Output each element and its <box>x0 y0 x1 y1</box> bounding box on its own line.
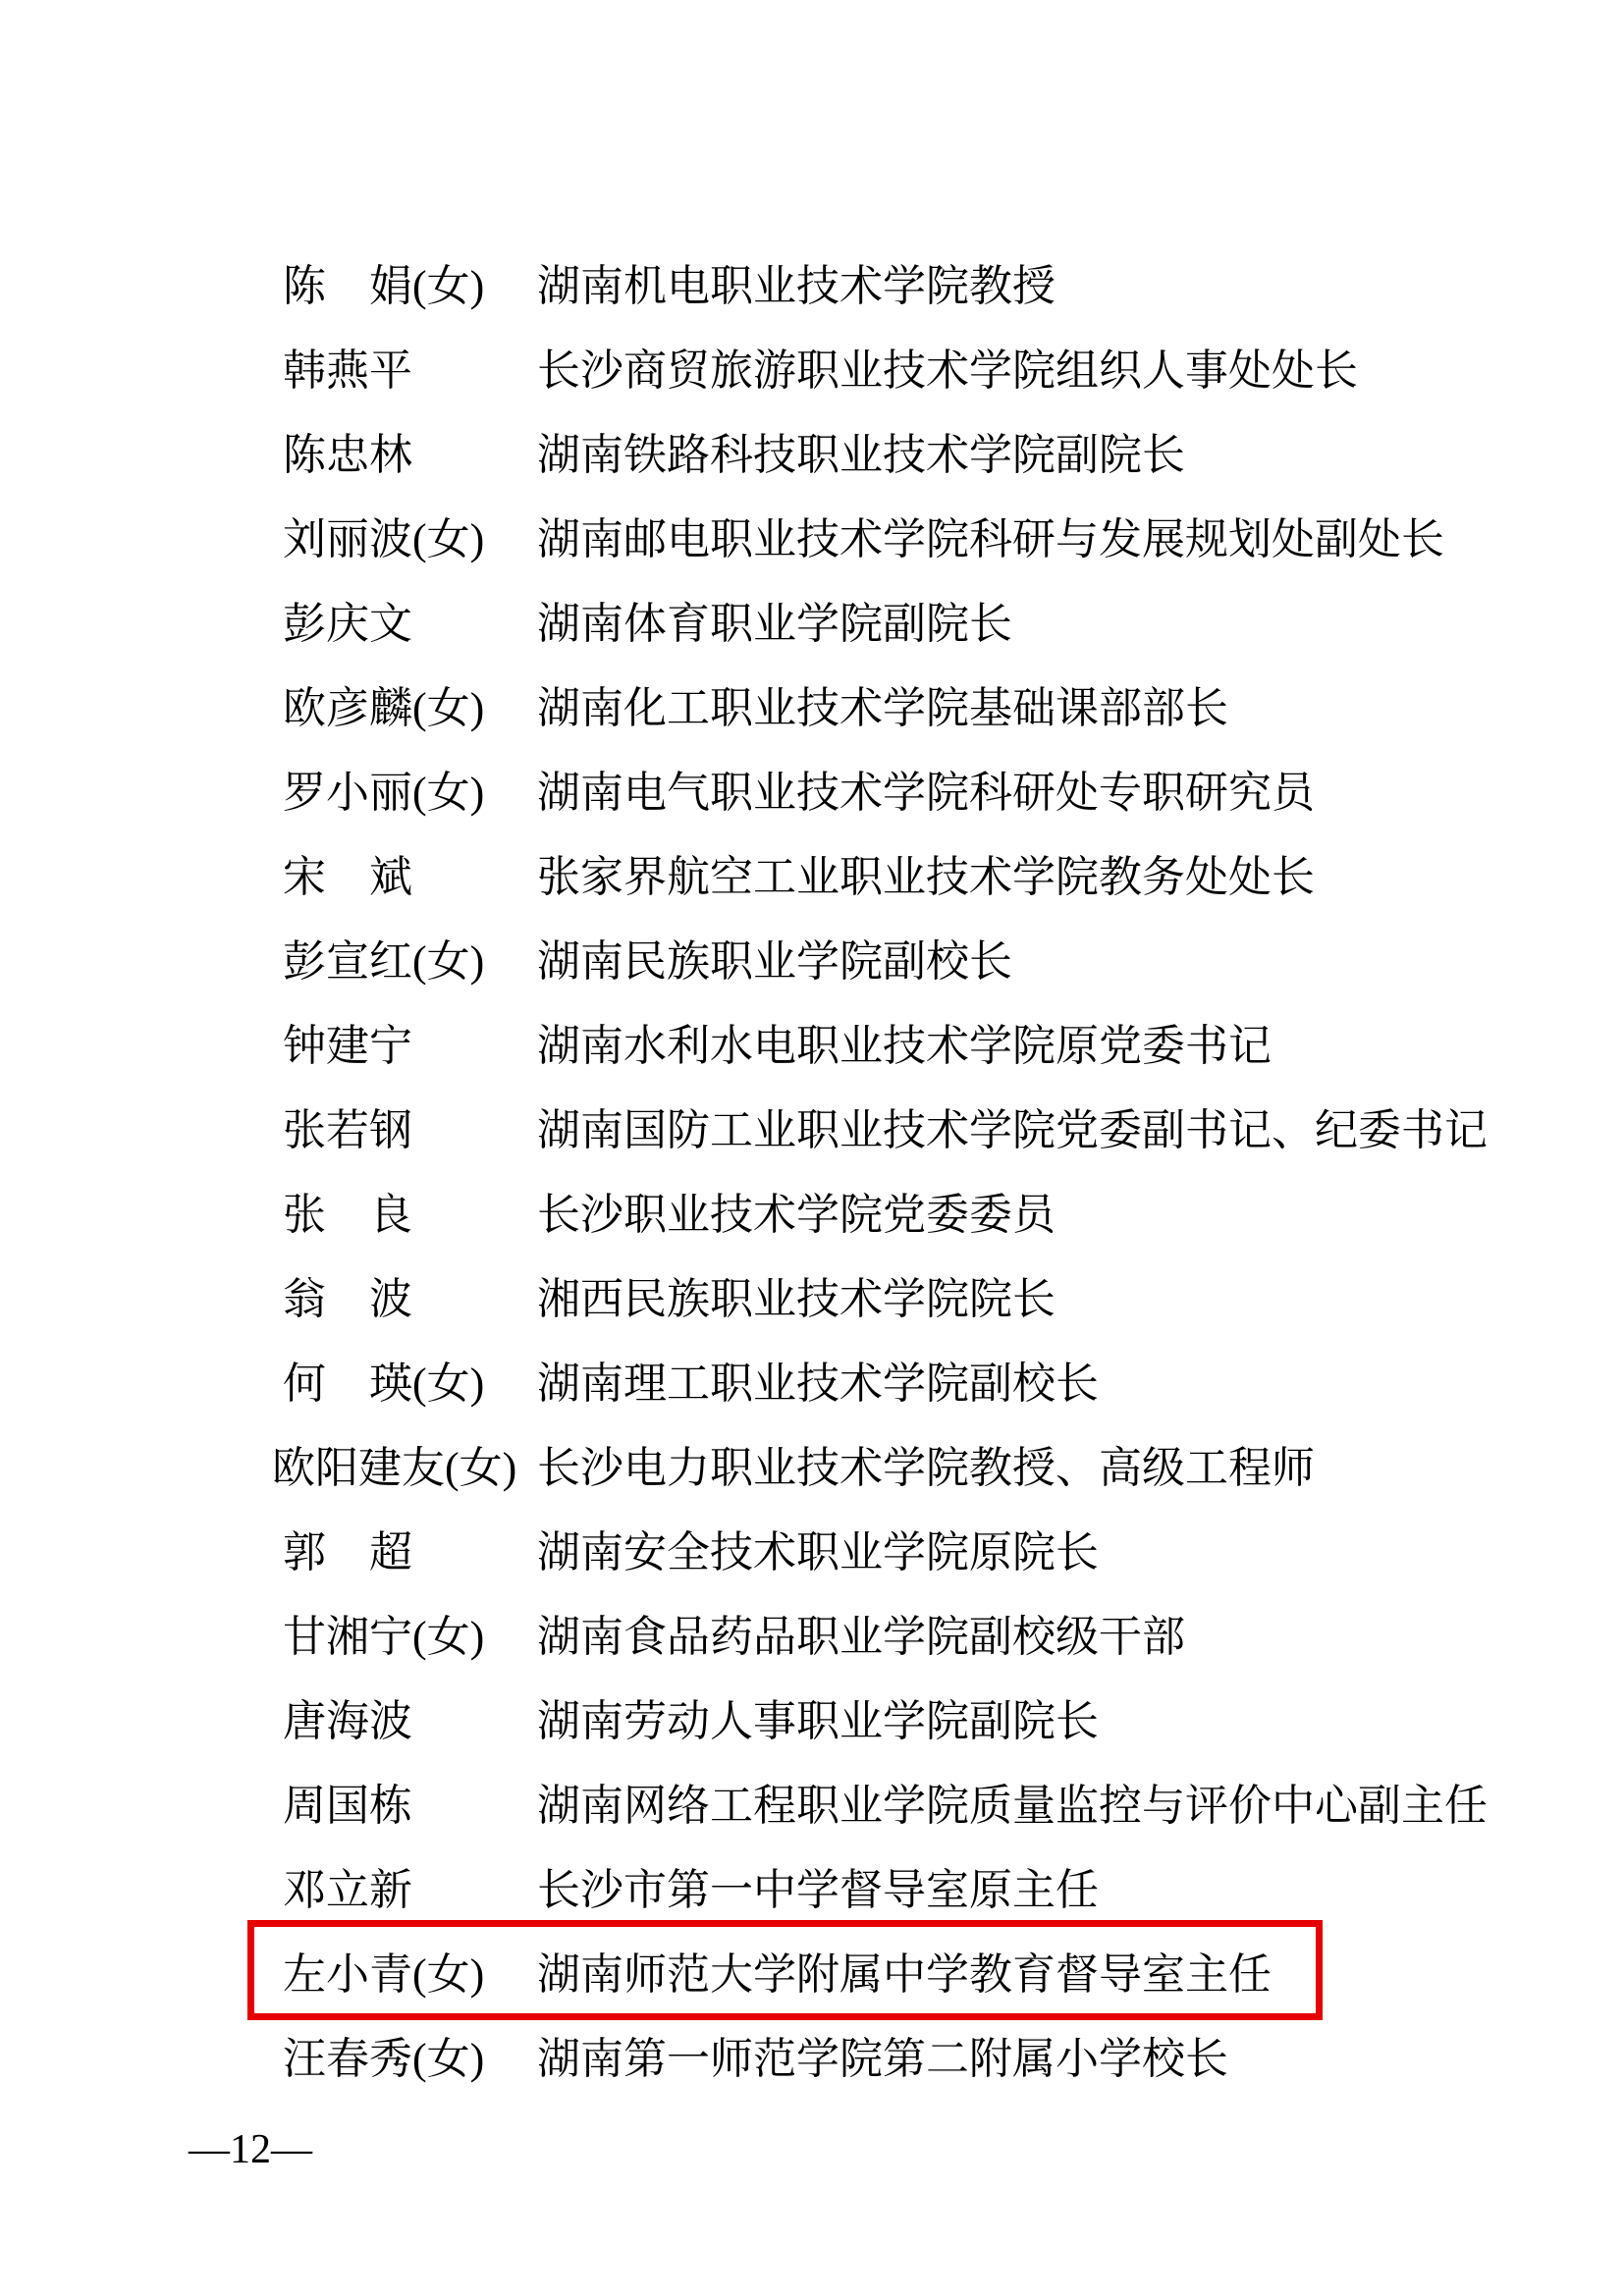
person-org: 湖南理工职业技术学院副校长 <box>537 1342 1099 1426</box>
page-number: —12— <box>189 2128 312 2171</box>
person-org: 湖南邮电职业技术学院科研与发展规划处副处长 <box>537 498 1444 582</box>
list-item: 彭庆文湖南体育职业学院副院长 <box>283 582 1488 667</box>
person-org: 湖南网络工程职业学院质量监控与评价中心副主任 <box>537 1764 1488 1848</box>
person-org: 湖南安全技术职业学院原院长 <box>537 1511 1099 1595</box>
person-name: 张若钢 <box>283 1089 537 1173</box>
person-name: 欧阳建友(女) <box>272 1426 537 1511</box>
person-org: 长沙电力职业技术学院教授、高级工程师 <box>537 1426 1315 1511</box>
person-name: 翁 波 <box>283 1257 537 1342</box>
list-item: 邓立新长沙市第一中学督导室原主任 <box>283 1848 1488 1933</box>
award-list: 陈 娟(女)湖南机电职业技术学院教授韩燕平长沙商贸旅游职业技术学院组织人事处处长… <box>283 244 1488 2102</box>
person-name: 郭 超 <box>283 1511 537 1595</box>
person-name: 汪春秀(女) <box>283 2017 537 2102</box>
person-name: 邓立新 <box>283 1848 537 1933</box>
list-item: 宋 斌张家界航空工业职业技术学院教务处处长 <box>283 835 1488 920</box>
list-item: 罗小丽(女)湖南电气职业技术学院科研处专职研究员 <box>283 751 1488 835</box>
list-item: 张 良长沙职业技术学院党委委员 <box>283 1173 1488 1257</box>
list-item: 欧彦麟(女)湖南化工职业技术学院基础课部部长 <box>283 667 1488 751</box>
list-item: 刘丽波(女)湖南邮电职业技术学院科研与发展规划处副处长 <box>283 498 1488 582</box>
person-name: 彭庆文 <box>283 582 537 667</box>
person-org: 长沙市第一中学督导室原主任 <box>537 1848 1099 1933</box>
list-item: 陈忠林湖南铁路科技职业技术学院副院长 <box>283 413 1488 498</box>
list-item: 钟建宁湖南水利水电职业技术学院原党委书记 <box>283 1004 1488 1089</box>
list-item: 翁 波湘西民族职业技术学院院长 <box>283 1257 1488 1342</box>
person-org: 湖南第一师范学院第二附属小学校长 <box>537 2017 1228 2102</box>
person-name: 何 瑛(女) <box>283 1342 537 1426</box>
list-item: 周国栋湖南网络工程职业学院质量监控与评价中心副主任 <box>283 1764 1488 1848</box>
person-name: 周国栋 <box>283 1764 537 1848</box>
list-item: 左小青(女)湖南师范大学附属中学教育督导室主任 <box>283 1933 1488 2017</box>
list-item: 韩燕平长沙商贸旅游职业技术学院组织人事处处长 <box>283 329 1488 413</box>
list-item: 何 瑛(女)湖南理工职业技术学院副校长 <box>283 1342 1488 1426</box>
list-item: 汪春秀(女)湖南第一师范学院第二附属小学校长 <box>283 2017 1488 2102</box>
person-org: 湖南劳动人事职业学院副院长 <box>537 1680 1099 1764</box>
person-org: 湘西民族职业技术学院院长 <box>537 1257 1056 1342</box>
person-name: 唐海波 <box>283 1680 537 1764</box>
person-name: 钟建宁 <box>283 1004 537 1089</box>
person-org: 湖南化工职业技术学院基础课部部长 <box>537 667 1228 751</box>
person-name: 甘湘宁(女) <box>283 1595 537 1680</box>
list-item: 唐海波湖南劳动人事职业学院副院长 <box>283 1680 1488 1764</box>
list-item: 郭 超湖南安全技术职业学院原院长 <box>283 1511 1488 1595</box>
person-name: 欧彦麟(女) <box>283 667 537 751</box>
person-name: 宋 斌 <box>283 835 537 920</box>
person-name: 陈忠林 <box>283 413 537 498</box>
person-org: 湖南民族职业学院副校长 <box>537 920 1012 1004</box>
person-org: 湖南电气职业技术学院科研处专职研究员 <box>537 751 1315 835</box>
person-name: 罗小丽(女) <box>283 751 537 835</box>
person-org: 湖南机电职业技术学院教授 <box>537 244 1056 329</box>
list-item: 甘湘宁(女)湖南食品药品职业学院副校级干部 <box>283 1595 1488 1680</box>
person-name: 张 良 <box>283 1173 537 1257</box>
person-org: 长沙职业技术学院党委委员 <box>537 1173 1056 1257</box>
list-item: 张若钢湖南国防工业职业技术学院党委副书记、纪委书记 <box>283 1089 1488 1173</box>
person-name: 刘丽波(女) <box>283 498 537 582</box>
person-org: 湖南食品药品职业学院副校级干部 <box>537 1595 1185 1680</box>
person-name: 左小青(女) <box>283 1933 537 2017</box>
person-org: 湖南铁路科技职业技术学院副院长 <box>537 413 1185 498</box>
person-org: 长沙商贸旅游职业技术学院组织人事处处长 <box>537 329 1358 413</box>
person-org: 湖南国防工业职业技术学院党委副书记、纪委书记 <box>537 1089 1488 1173</box>
list-item: 彭宣红(女)湖南民族职业学院副校长 <box>283 920 1488 1004</box>
list-item: 陈 娟(女)湖南机电职业技术学院教授 <box>283 244 1488 329</box>
person-org: 湖南水利水电职业技术学院原党委书记 <box>537 1004 1272 1089</box>
person-name: 彭宣红(女) <box>283 920 537 1004</box>
person-name: 陈 娟(女) <box>283 244 537 329</box>
list-item: 欧阳建友(女)长沙电力职业技术学院教授、高级工程师 <box>283 1426 1488 1511</box>
person-name: 韩燕平 <box>283 329 537 413</box>
person-org: 湖南师范大学附属中学教育督导室主任 <box>537 1933 1272 2017</box>
document-page: 陈 娟(女)湖南机电职业技术学院教授韩燕平长沙商贸旅游职业技术学院组织人事处处长… <box>0 0 1624 2296</box>
person-org: 张家界航空工业职业技术学院教务处处长 <box>537 835 1315 920</box>
person-org: 湖南体育职业学院副院长 <box>537 582 1012 667</box>
